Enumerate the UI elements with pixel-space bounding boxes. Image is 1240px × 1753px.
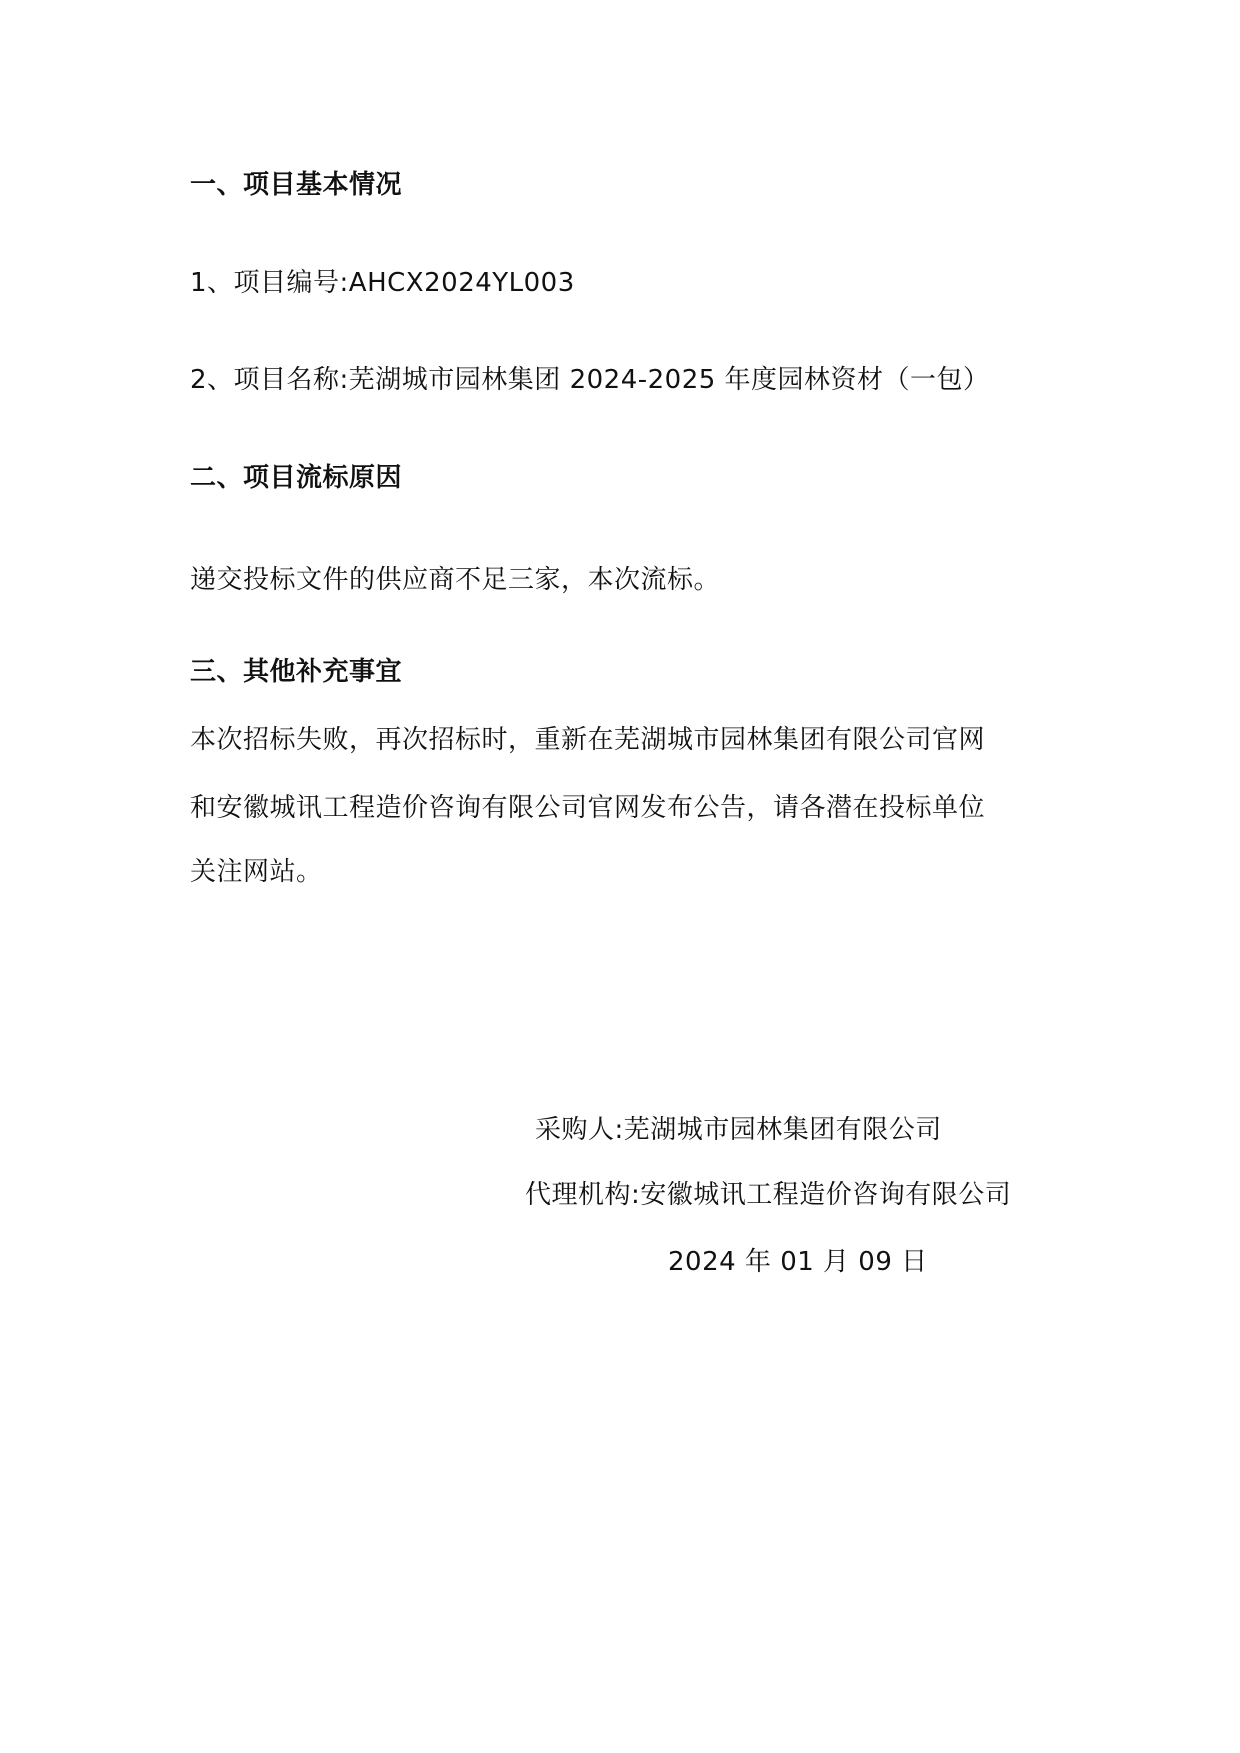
project-number: 1、项目编号:AHCX2024YL003 <box>190 266 575 300</box>
project-name: 2、项目名称:芜湖城市园林集团 2024-2025 年度园林资材（一包） <box>190 363 990 397</box>
announcement-date: 2024 年 01 月 09 日 <box>668 1245 928 1279</box>
document-page: 一、项目基本情况 1、项目编号:AHCX2024YL003 2、项目名称:芜湖城… <box>0 0 1240 1753</box>
supplementary-line-3: 关注网站。 <box>190 855 323 889</box>
purchaser-signature: 采购人:芜湖城市园林集团有限公司 <box>535 1113 942 1147</box>
supplementary-line-2: 和安徽城讯工程造价咨询有限公司官网发布公告，请各潜在投标单位 <box>190 791 985 825</box>
section1-heading: 一、项目基本情况 <box>190 168 402 202</box>
failure-reason: 递交投标文件的供应商不足三家，本次流标。 <box>190 563 720 597</box>
section2-heading: 二、项目流标原因 <box>190 461 402 495</box>
supplementary-line-1: 本次招标失败，再次招标时，重新在芜湖城市园林集团有限公司官网 <box>190 723 985 757</box>
section3-heading: 三、其他补充事宜 <box>190 655 402 689</box>
agency-signature: 代理机构:安徽城讯工程造价咨询有限公司 <box>525 1178 1011 1212</box>
